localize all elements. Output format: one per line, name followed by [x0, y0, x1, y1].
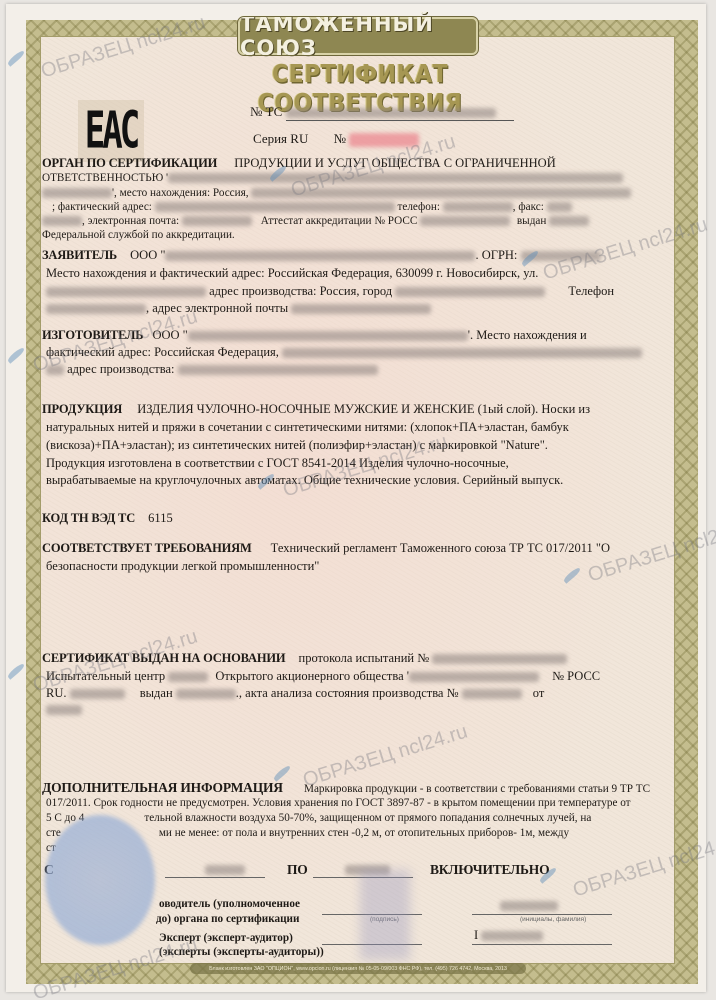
footer-text: Бланк изготовлен ЗАО "ОПЦИОН", www.opcio… [209, 966, 507, 972]
series-field: Серия RU № [253, 131, 419, 147]
redacted [168, 672, 208, 682]
basis-line-1: СЕРТИФИКАТ ВЫДАН НА ОСНОВАНИИ протокола … [42, 651, 567, 666]
applicant-line-2: Место нахождения и фактический адрес: Ро… [46, 266, 538, 281]
basis-text: от [533, 686, 545, 700]
applicant-text: адрес производства: Россия, город [209, 284, 392, 298]
product-text: ИЗДЕЛИЯ ЧУЛОЧНО-НОСОЧНЫЕ МУЖСКИЕ И ЖЕНСК… [137, 402, 590, 416]
additional-line-1: ДОПОЛНИТЕЛЬНАЯ ИНФОРМАЦИЯ Маркировка про… [42, 780, 650, 796]
organ-text: ; фактический адрес: [52, 201, 152, 213]
seal-stamp [45, 815, 155, 945]
redacted [420, 216, 510, 226]
organ-line-2: ОТВЕТСТВЕННОСТЬЮ ' [42, 172, 623, 184]
name-caption: (инициалы, фамилия) [520, 916, 586, 923]
basis-text: ., акта анализа состояния производства № [236, 686, 459, 700]
organ-line-1: ОРГАН ПО СЕРТИФИКАЦИИ ПРОДУКЦИИ И УСЛУГ … [42, 156, 556, 171]
redacted [176, 689, 236, 699]
applicant-text: . ОГРН: [475, 248, 517, 262]
organ-text: выдан [517, 215, 546, 227]
additional-text: Маркировка продукции - в соответствии с … [304, 783, 650, 795]
valid-from-line [165, 877, 265, 878]
head-label-2: до) органа по сертификации [156, 913, 299, 925]
redacted [251, 188, 631, 198]
redacted [46, 705, 82, 715]
additional-line-2: 017/2011. Срок годности не предусмотрен.… [46, 797, 631, 809]
basis-line-3: RU. выдан ., акта анализа состояния прои… [46, 686, 544, 701]
inclusive-label: ВКЛЮЧИТЕЛЬНО [430, 862, 549, 878]
redacted-serial [349, 133, 419, 147]
applicant-text: ООО " [130, 248, 165, 262]
valid-to-label: ПО [287, 862, 308, 878]
redacted [70, 689, 125, 699]
tc-number-label: № ТС [250, 104, 282, 119]
product-line-5: вырабатываемые на круглочулочных автомат… [46, 473, 563, 488]
redacted [395, 287, 545, 297]
basis-label: СЕРТИФИКАТ ВЫДАН НА ОСНОВАНИИ [42, 651, 285, 665]
organ-line-5: , электронная почта: Аттестат аккредитац… [42, 215, 589, 227]
redacted [205, 865, 245, 875]
redacted [291, 304, 431, 314]
head-label-1: оводитель (уполномоченное [159, 898, 300, 910]
redacted [462, 689, 522, 699]
organ-line-4: ; фактический адрес: телефон: , факс: [52, 201, 572, 213]
redacted [168, 173, 623, 183]
form-printer-footer: Бланк изготовлен ЗАО "ОПЦИОН", www.opcio… [190, 963, 526, 974]
valid-from-value [205, 862, 245, 877]
applicant-label: ЗАЯВИТЕЛЬ [42, 248, 117, 262]
manufacturer-line-3: адрес производства: [46, 362, 378, 377]
redacted [165, 251, 475, 261]
redacted [42, 216, 82, 226]
tc-number-field: № ТС [250, 104, 514, 121]
manufacturer-text: фактический адрес: Российская Федерация, [46, 345, 279, 359]
additional-line-3: 5 С до 4тельной влажности воздуха 50-70%… [46, 812, 591, 824]
organ-line-6: Федеральной службой по аккредитации. [42, 229, 235, 241]
conforms-text: Технический регламент Таможенного союза … [271, 541, 610, 555]
applicant-text: , адрес электронной почты [146, 301, 288, 315]
hs-code-label: КОД ТН ВЭД ТС [42, 511, 135, 525]
product-line-1: ПРОДУКЦИЯ ИЗДЕЛИЯ ЧУЛОЧНО-НОСОЧНЫЕ МУЖСК… [42, 402, 590, 417]
basis-line-4 [46, 702, 82, 717]
organ-text: , факс: [513, 201, 544, 213]
redacted [42, 188, 112, 198]
redacted [46, 304, 146, 314]
basis-text: Испытательный центр [46, 669, 165, 683]
manufacturer-text: адрес производства: [67, 362, 174, 376]
product-line-2: натуральных нитей и пряжи в сочетании с … [46, 420, 569, 435]
redacted [188, 331, 468, 341]
additional-label: ДОПОЛНИТЕЛЬНАЯ ИНФОРМАЦИЯ [42, 780, 283, 795]
redacted [481, 931, 543, 941]
eac-mark-icon: ЕАС [85, 101, 137, 161]
applicant-line-3: адрес производства: Россия, город Телефо… [46, 284, 614, 299]
organ-text: телефон: [398, 201, 440, 213]
basis-text: RU. [46, 686, 67, 700]
basis-text: протокола испытаний № [299, 651, 430, 665]
redacted [432, 654, 567, 664]
series-label: Серия [253, 131, 287, 146]
redacted [282, 348, 642, 358]
organ-text: ОТВЕТСТВЕННОСТЬЮ ' [42, 172, 168, 184]
manufacturer-line-2: фактический адрес: Российская Федерация, [46, 345, 642, 360]
expert-label-1: Эксперт (эксперт-аудитор) [159, 932, 293, 944]
conforms-line-1: СООТВЕТСТВУЕТ ТРЕБОВАНИЯМ Технический ре… [42, 541, 610, 556]
organ-line-3: ', место нахождения: Россия, [42, 187, 631, 199]
redacted [500, 901, 558, 911]
head-name-line [472, 914, 612, 915]
conforms-line-2: безопасности продукции легкой промышленн… [46, 559, 319, 574]
applicant-line-4: , адрес электронной почты [46, 301, 431, 316]
hs-code-value: 6115 [148, 511, 173, 525]
manufacturer-label: ИЗГОТОВИТЕЛЬ [42, 328, 143, 342]
basis-line-2: Испытательный центр Открытого акционерно… [46, 669, 600, 684]
manufacturer-text: ООО " [152, 328, 187, 342]
customs-union-banner: ТАМОЖЕННЫЙ СОЮЗ [238, 17, 478, 55]
redacted [182, 216, 252, 226]
redacted [178, 365, 378, 375]
expert-label-2: (эксперты (эксперты-аудиторы)) [159, 946, 324, 958]
redacted [155, 202, 395, 212]
signature-smudge [360, 870, 410, 960]
series-value: RU [290, 131, 308, 146]
applicant-text: Телефон [568, 284, 614, 298]
basis-text: выдан [140, 686, 173, 700]
product-label: ПРОДУКЦИЯ [42, 402, 122, 416]
organ-text: ', место нахождения: Россия, [112, 187, 249, 199]
redacted [409, 672, 539, 682]
expert-name-value: I [474, 928, 543, 943]
hs-code-line: КОД ТН ВЭД ТС 6115 [42, 511, 173, 526]
redacted [46, 365, 64, 375]
applicant-line-1: ЗАЯВИТЕЛЬ ООО ". ОГРН: [42, 248, 601, 263]
tc-number-value [286, 104, 514, 121]
eac-logo: ЕАС [78, 100, 144, 162]
conforms-label: СООТВЕТСТВУЕТ ТРЕБОВАНИЯМ [42, 541, 252, 555]
organ-text: , электронная почта: [82, 215, 179, 227]
basis-text: № РОСС [552, 669, 600, 683]
additional-text: ми не менее: от пола и внутренних стен -… [159, 827, 569, 839]
organ-text: Аттестат аккредитации № РОСС [261, 215, 418, 227]
expert-initial: I [474, 928, 478, 942]
expert-name-line [472, 944, 612, 945]
organ-label: ОРГАН ПО СЕРТИФИКАЦИИ [42, 156, 217, 170]
product-line-4: Продукция изготовлена в соответствии с Г… [46, 456, 509, 471]
redacted [443, 202, 513, 212]
product-line-3: (вискоза)+ПА+эластан); из синтетических … [46, 438, 548, 453]
additional-text: тельной влажности воздуха 50-70%, защище… [144, 812, 591, 824]
manufacturer-text: '. Место нахождения и [468, 328, 587, 342]
basis-text: Открытого акционерного общества ' [215, 669, 409, 683]
head-name-value [500, 898, 558, 913]
redacted-number [286, 108, 496, 118]
redacted [46, 287, 206, 297]
banner-text: ТАМОЖЕННЫЙ СОЮЗ [240, 12, 476, 60]
manufacturer-line-1: ИЗГОТОВИТЕЛЬ ООО "'. Место нахождения и [42, 328, 587, 343]
redacted [549, 216, 589, 226]
redacted [547, 202, 572, 212]
series-no-label: № [334, 131, 346, 146]
